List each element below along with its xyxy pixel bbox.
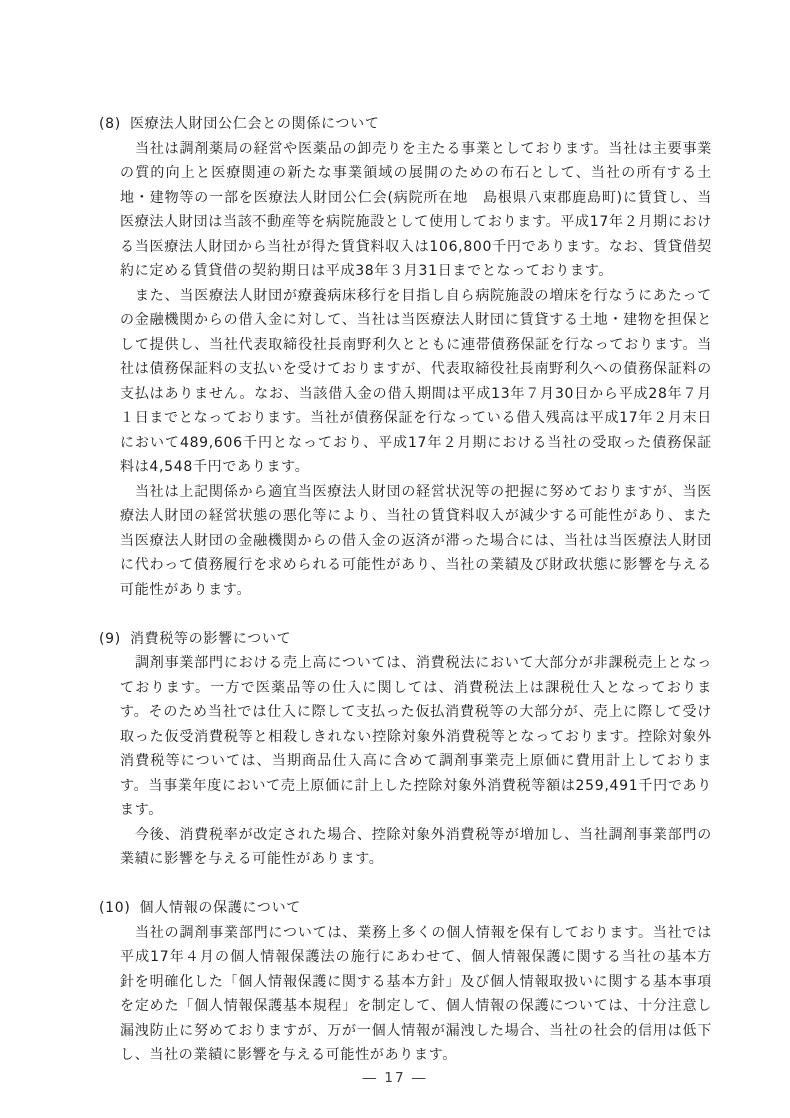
- section-9-heading: (9)消費税等の影響について: [99, 627, 712, 652]
- section-10-paragraph-1: 当社の調剤事業部門については、業務上多くの個人情報を保有しております。当社では平…: [120, 921, 712, 1068]
- section-8-heading: (8)医療法人財団公仁会との関係について: [99, 112, 712, 137]
- section-8-paragraph-1: 当社は調剤薬局の経営や医薬品の卸売りを主たる事業としております。当社は主要事業の…: [120, 137, 712, 284]
- section-8-number: (8): [99, 116, 121, 132]
- section-8-title: 医療法人財団公仁会との関係について: [130, 116, 380, 132]
- section-9-paragraph-2: 今後、消費税率が改定された場合、控除対象外消費税等が増加し、当社調剤事業部門の業…: [120, 823, 712, 872]
- section-9: (9)消費税等の影響について 調剤事業部門における売上高については、消費税法にお…: [99, 627, 712, 872]
- section-10-title: 個人情報の保護について: [140, 900, 301, 916]
- section-10-heading: (10)個人情報の保護について: [99, 896, 712, 921]
- page-number: ― 17 ―: [363, 1070, 428, 1086]
- section-10: (10)個人情報の保護について 当社の調剤事業部門については、業務上多くの個人情…: [99, 896, 712, 1068]
- section-8-paragraph-3: 当社は上記関係から適宜当医療法人財団の経営状況等の把握に努めておりますが、当医療…: [120, 480, 712, 603]
- document-page: (8)医療法人財団公仁会との関係について 当社は調剤薬局の経営や医薬品の卸売りを…: [0, 0, 790, 1118]
- section-9-paragraph-1: 調剤事業部門における売上高については、消費税法において大部分が非課税売上となって…: [120, 651, 712, 823]
- section-9-number: (9): [99, 631, 121, 647]
- section-9-title: 消費税等の影響について: [130, 631, 291, 647]
- section-8-paragraph-2: また、当医療法人財団が療養病床移行を目指し自ら病院施設の増床を行なうにあたっての…: [120, 284, 712, 480]
- section-10-number: (10): [99, 900, 131, 916]
- page-footer: ― 17 ―: [0, 1066, 790, 1091]
- section-8: (8)医療法人財団公仁会との関係について 当社は調剤薬局の経営や医薬品の卸売りを…: [99, 112, 712, 602]
